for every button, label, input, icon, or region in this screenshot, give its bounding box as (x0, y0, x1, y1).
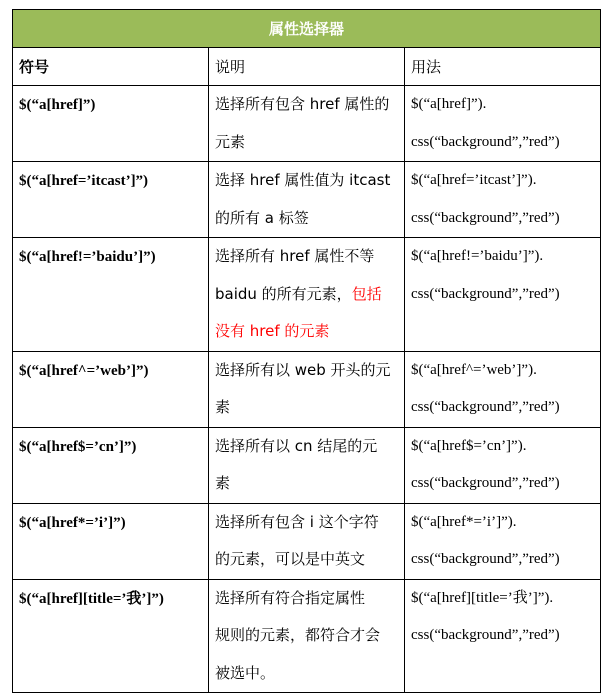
usage-line: css(“background”,”red”) (411, 617, 600, 655)
usage-cell: $(“a[href$=’cn’]”). css(“background”,”re… (405, 427, 601, 503)
table-title-row: 属性选择器 (13, 10, 601, 48)
description-line: 素 (215, 465, 404, 503)
usage-line: $(“a[href^=’web’]”). (411, 352, 600, 390)
symbol-cell: $(“a[href$=’cn’]”) (13, 427, 209, 503)
description-line: 选择所有符合指定属性 (215, 580, 404, 618)
usage-line: $(“a[href=’itcast’]”). (411, 162, 600, 200)
description-cell: 选择所有以 cn 结尾的元 素 (209, 427, 405, 503)
header-description: 说明 (209, 48, 405, 86)
symbol-cell: $(“a[href^=’web’]”) (13, 351, 209, 427)
usage-line: css(“background”,”red”) (411, 541, 600, 579)
usage-line: css(“background”,”red”) (411, 200, 600, 238)
table-row: $(“a[href!=’baidu’]”) 选择所有 href 属性不等 bai… (13, 238, 601, 352)
usage-line: $(“a[href*=’i’]”). (411, 504, 600, 542)
description-line: 被选中。 (215, 655, 404, 693)
table-row: $(“a[href^=’web’]”) 选择所有以 web 开头的元 素 $(“… (13, 351, 601, 427)
description-cell: 选择所有包含 i 这个字符 的元素，可以是中英文 (209, 503, 405, 579)
usage-line: $(“a[href!=’baidu’]”). (411, 238, 600, 276)
usage-line: $(“a[href]”). (411, 86, 600, 124)
usage-cell: $(“a[href]”). css(“background”,”red”) (405, 86, 601, 162)
description-cell: 选择所有符合指定属性 规则的元素，都符合才会 被选中。 (209, 579, 405, 693)
usage-line: css(“background”,”red”) (411, 389, 600, 427)
usage-line: $(“a[href$=’cn’]”). (411, 428, 600, 466)
header-usage: 用法 (405, 48, 601, 86)
highlighted-text: 包括 (352, 285, 382, 303)
description-line: 的所有 a 标签 (215, 200, 404, 238)
description-line: 素 (215, 389, 404, 427)
usage-cell: $(“a[href][title=’我’]”). css(“background… (405, 579, 601, 693)
description-line: 选择所有以 web 开头的元 (215, 352, 404, 390)
attribute-selector-table: 属性选择器 符号 说明 用法 $(“a[href]”) 选择所有包含 href … (12, 9, 601, 693)
table-title: 属性选择器 (13, 10, 601, 48)
description-text: baidu 的所有元素， (215, 285, 352, 303)
description-line: 选择所有包含 i 这个字符 (215, 504, 404, 542)
table-header-row: 符号 说明 用法 (13, 48, 601, 86)
usage-cell: $(“a[href=’itcast’]”). css(“background”,… (405, 162, 601, 238)
usage-cell: $(“a[href*=’i’]”). css(“background”,”red… (405, 503, 601, 579)
description-line: 选择所有包含 href 属性的 (215, 86, 404, 124)
description-line: 选择所有以 cn 结尾的元 (215, 428, 404, 466)
symbol-cell: $(“a[href!=’baidu’]”) (13, 238, 209, 352)
usage-cell: $(“a[href!=’baidu’]”). css(“background”,… (405, 238, 601, 352)
description-cell: 选择 href 属性值为 itcast 的所有 a 标签 (209, 162, 405, 238)
header-symbol: 符号 (13, 48, 209, 86)
description-line: 规则的元素，都符合才会 (215, 617, 404, 655)
table-row: $(“a[href*=’i’]”) 选择所有包含 i 这个字符 的元素，可以是中… (13, 503, 601, 579)
description-line: 的元素，可以是中英文 (215, 541, 404, 579)
description-line: baidu 的所有元素，包括 (215, 276, 404, 314)
usage-cell: $(“a[href^=’web’]”). css(“background”,”r… (405, 351, 601, 427)
table-row: $(“a[href][title=’我’]”) 选择所有符合指定属性 规则的元素… (13, 579, 601, 693)
description-line: 选择所有 href 属性不等 (215, 238, 404, 276)
table-row: $(“a[href$=’cn’]”) 选择所有以 cn 结尾的元 素 $(“a[… (13, 427, 601, 503)
description-cell: 选择所有 href 属性不等 baidu 的所有元素，包括 没有 href 的元… (209, 238, 405, 352)
table-row: $(“a[href=’itcast’]”) 选择 href 属性值为 itcas… (13, 162, 601, 238)
highlighted-description-line: 没有 href 的元素 (215, 313, 404, 351)
description-cell: 选择所有包含 href 属性的 元素 (209, 86, 405, 162)
symbol-cell: $(“a[href]”) (13, 86, 209, 162)
description-cell: 选择所有以 web 开头的元 素 (209, 351, 405, 427)
usage-line: css(“background”,”red”) (411, 465, 600, 503)
usage-line: $(“a[href][title=’我’]”). (411, 580, 600, 618)
description-line: 元素 (215, 124, 404, 162)
symbol-cell: $(“a[href][title=’我’]”) (13, 579, 209, 693)
table-row: $(“a[href]”) 选择所有包含 href 属性的 元素 $(“a[hre… (13, 86, 601, 162)
symbol-cell: $(“a[href*=’i’]”) (13, 503, 209, 579)
usage-line: css(“background”,”red”) (411, 124, 600, 162)
description-line: 选择 href 属性值为 itcast (215, 162, 404, 200)
symbol-cell: $(“a[href=’itcast’]”) (13, 162, 209, 238)
usage-line: css(“background”,”red”) (411, 276, 600, 314)
